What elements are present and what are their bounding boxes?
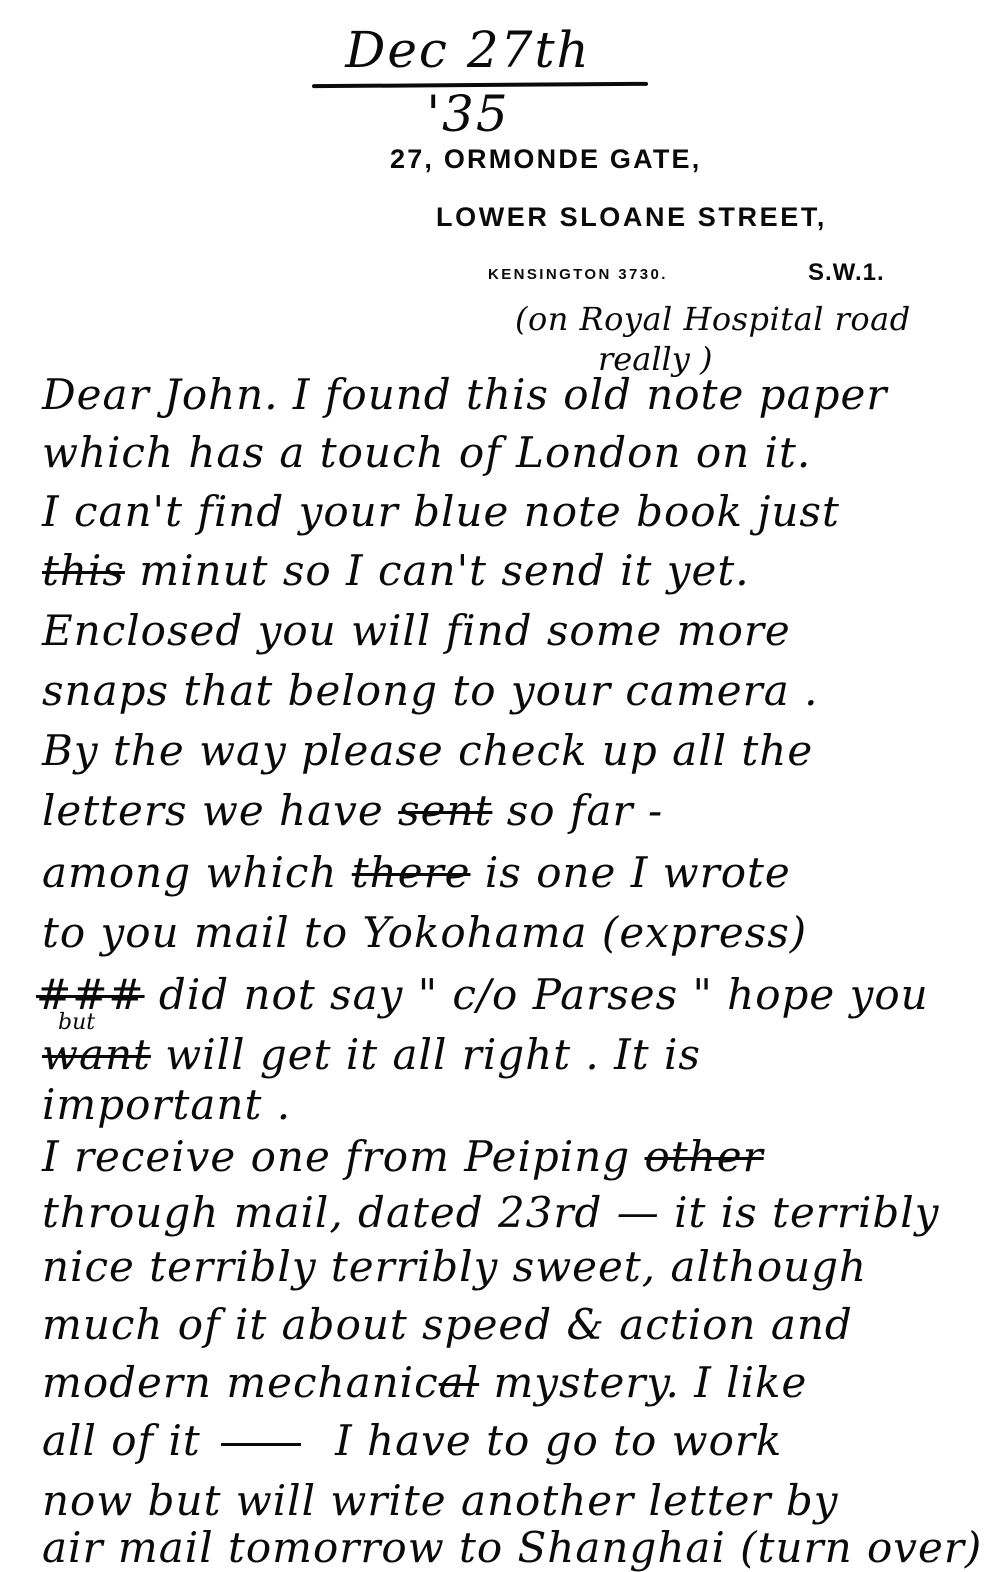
letterhead-telephone: KENSINGTON 3730. [488,266,668,283]
letter-line: I can't find your blue note book just [42,487,840,536]
letter-line: through mail, dated 23rd — it is terribl… [42,1188,939,1237]
letter-line: Enclosed you will find some more [42,606,791,655]
line-text: is one I wrote [471,848,791,897]
line-text: much of it about speed & action and [42,1300,853,1349]
letter-line: to you mail to Yokohama (express) [42,908,807,957]
letter-line: which has a touch of London on it. [42,428,811,477]
line-text: By the way please check up all the [42,726,813,775]
line-text: will get it all right . It is [151,1030,701,1079]
long-dash [221,1443,301,1446]
struck-through-word: ### [36,970,145,1019]
line-text: so far - [492,786,663,835]
letter-line: nice terribly terribly sweet, although [42,1242,867,1291]
line-text: air mail tomorrow to Shanghai (turn over… [42,1523,982,1572]
line-text: I receive one from Peiping [42,1132,645,1181]
line-text: all of it [42,1416,201,1465]
letter-line: air mail tomorrow to Shanghai (turn over… [42,1523,982,1572]
line-text: I have to go to work [321,1416,783,1465]
letter-line: I receive one from Peiping other [42,1132,764,1181]
letter-line: now but will write another letter by [42,1476,838,1525]
line-text: nice terribly terribly sweet, although [42,1242,867,1291]
line-text: mystery. I like [479,1358,807,1407]
struck-through-word: there [352,848,471,897]
address-note-line1: (on Royal Hospital road [515,300,911,338]
line-text: to you mail to Yokohama (express) [42,908,807,957]
line-text: Enclosed you will find some more [42,606,791,655]
struck-through-word: sent [398,786,492,835]
letter-page: Dec 27th '35 27, ORMONDE GATE, LOWER SLO… [0,0,1006,1572]
letterhead-address-line1: 27, ORMONDE GATE, [390,144,701,175]
line-text: letters we have [42,786,398,835]
letterhead-postal-district: S.W.1. [808,259,885,287]
letter-line: all of it I have to go to work [42,1416,782,1465]
struck-through-word: other [645,1132,764,1181]
letter-line: among which there is one I wrote [42,848,791,897]
letter-line: this minut so I can't send it yet. [42,546,750,595]
struck-through-word: want [42,1030,151,1079]
letter-line: modern mechanical mystery. I like [42,1358,807,1407]
letter-line: ### did not say " c/o Parses " hope you [36,970,929,1019]
line-text: among which [42,848,352,897]
line-text: snaps that belong to your camera . [42,666,818,715]
struck-through-word: al [439,1358,479,1407]
letter-line: important . [42,1080,291,1129]
line-text: important . [42,1080,291,1129]
line-text: I can't find your blue note book just [42,487,840,536]
letter-line: want will get it all right . It is [42,1030,701,1079]
letter-line: Dear John. I found this old note paper [42,370,887,419]
line-text: minut so I can't send it yet. [125,546,750,595]
line-text: modern mechanic [42,1358,439,1407]
line-text: which has a touch of London on it. [42,428,811,477]
letter-line: snaps that belong to your camera . [42,666,818,715]
line-text: now but will write another letter by [42,1476,838,1525]
line-text: Dear John. I found this old note paper [42,370,887,419]
struck-through-word: this [42,546,125,595]
letter-line: By the way please check up all the [42,726,813,775]
letter-line: letters we have sent so far - [42,786,663,835]
line-text: did not say " c/o Parses " hope you [145,970,929,1019]
letterhead-address-line2: LOWER SLOANE STREET, [436,202,827,233]
line-text: through mail, dated 23rd — it is terribl… [42,1188,939,1237]
letter-line: much of it about speed & action and [42,1300,853,1349]
